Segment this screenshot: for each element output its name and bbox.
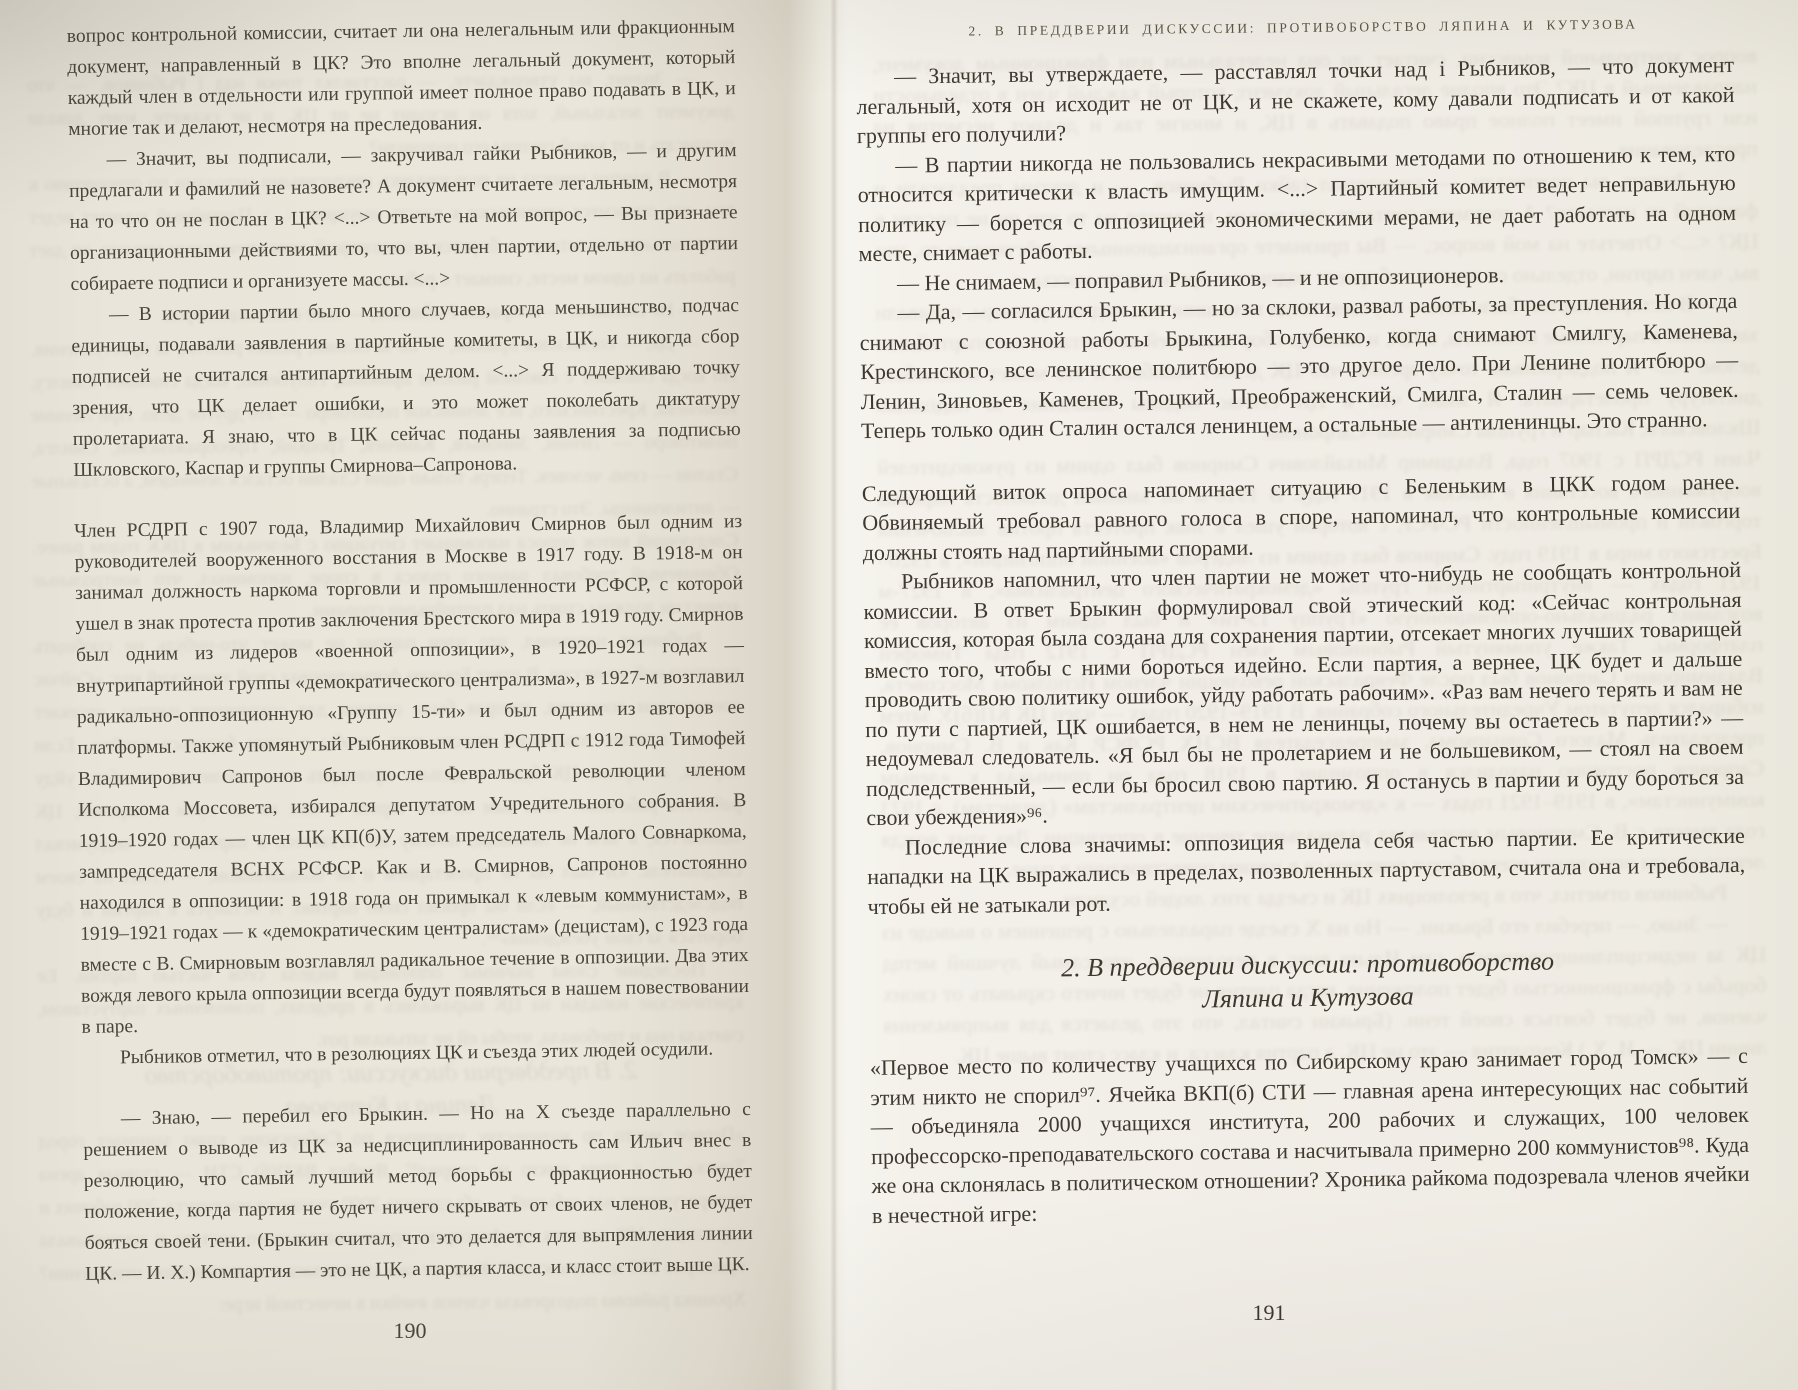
running-header: 2. В ПРЕДДВЕРИИ ДИСКУССИИ: ПРОТИВОБОРСТВ… [864, 15, 1742, 40]
paragraph: — Значит, вы утверждаете, — расставлял т… [856, 50, 1735, 151]
page-left: — Значит, вы утверждаете, — расставлял т… [0, 0, 800, 1390]
paragraph: Член РСДРП с 1907 года, Владимир Михайло… [74, 506, 750, 1043]
paragraph: — Знаю, — перебил его Брыкин. — Но на X … [83, 1094, 754, 1290]
paragraph: «Первое место по количеству учащихся по … [870, 1041, 1750, 1230]
paragraph: Последние слова значимы: оппозиция видел… [867, 820, 1746, 921]
text-block-body: «Первое место по количеству учащихся по … [870, 1041, 1750, 1230]
paragraph: Рыбников напомнил, что член партии не мо… [863, 555, 1745, 833]
page-right-text-column: — Значит, вы утверждаете, — расставлял т… [856, 50, 1750, 1230]
text-block-body: Следующий виток опроса напоминает ситуац… [862, 466, 1746, 921]
text-block-quote: — Значит, вы утверждаете, — расставлял т… [856, 50, 1739, 446]
text-block-body: Член РСДРП с 1907 года, Владимир Михайло… [74, 506, 750, 1074]
paragraph: — Да, — согласился Брыкин, — но за склок… [859, 286, 1739, 446]
paragraph: — В партии никогда не пользовались некра… [857, 138, 1737, 268]
paragraph: — Значит, вы подписали, — закручивал гай… [68, 135, 738, 300]
page-right: вопрос контрольной комиссии, считает ли … [800, 0, 1798, 1390]
paragraph: вопрос контрольной комиссии, считает ли … [67, 11, 737, 145]
text-block-quote: — Знаю, — перебил его Брыкин. — Но на X … [83, 1094, 754, 1290]
page-number-right: 191 [830, 1300, 1708, 1326]
page-left-text-column: вопрос контрольной комиссии, считает ли … [67, 11, 754, 1290]
page-number-left: 190 [76, 1318, 744, 1344]
section-heading: 2. В преддверии дискуссии: противоборств… [868, 942, 1747, 1020]
book-spread-photo: — Значит, вы утверждаете, — расставлял т… [0, 0, 1798, 1390]
paragraph: — В истории партии было много случаев, к… [71, 290, 742, 486]
paragraph: Следующий виток опроса напоминает ситуац… [862, 466, 1741, 567]
text-block-quote: вопрос контрольной комиссии, считает ли … [67, 11, 742, 486]
